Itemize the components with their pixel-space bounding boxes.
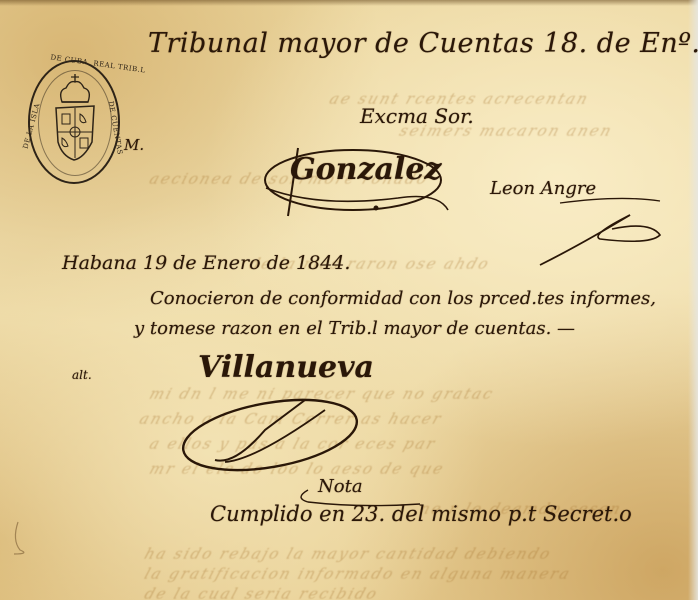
margin-note-m: M. (124, 136, 144, 154)
faded-line-1: ha sido rebajo la mayor cantidad debiend… (142, 545, 554, 563)
signature-gonzalez: Gonzalez (290, 152, 441, 187)
faded-line-3: de la cual seria recibido (142, 585, 381, 600)
date-line: Habana 19 de Enero de 1844. (62, 252, 350, 274)
header-line: Tribunal mayor de Cuentas 18. de Enº. de… (148, 28, 698, 59)
margin-flourish (8, 520, 38, 560)
nota-heading: Nota (318, 476, 363, 497)
signature-flourish-3 (175, 390, 365, 480)
body-line-2: y tomese razon en el Trib.l mayor de cue… (134, 318, 575, 339)
margin-note-alt: alt. (72, 368, 92, 382)
page-right-edge (688, 0, 698, 600)
faded-line-2: la gratificacion informado en alguna man… (142, 565, 574, 583)
body-line-1: Conocieron de conformidad con los prced.… (150, 288, 656, 309)
official-seal: DE CUBA. REAL TRIB.L DE LA ISLA DE CUENT… (28, 60, 120, 184)
coat-of-arms-icon (44, 72, 106, 172)
salutation: Excma Sor. (360, 104, 474, 128)
page-top-edge (0, 0, 698, 6)
signature-flourish-2 (520, 195, 690, 265)
nota-line: Cumplido en 23. del mismo p.t Secret.o (210, 502, 632, 526)
signature-villanueva: Villanueva (198, 350, 374, 385)
